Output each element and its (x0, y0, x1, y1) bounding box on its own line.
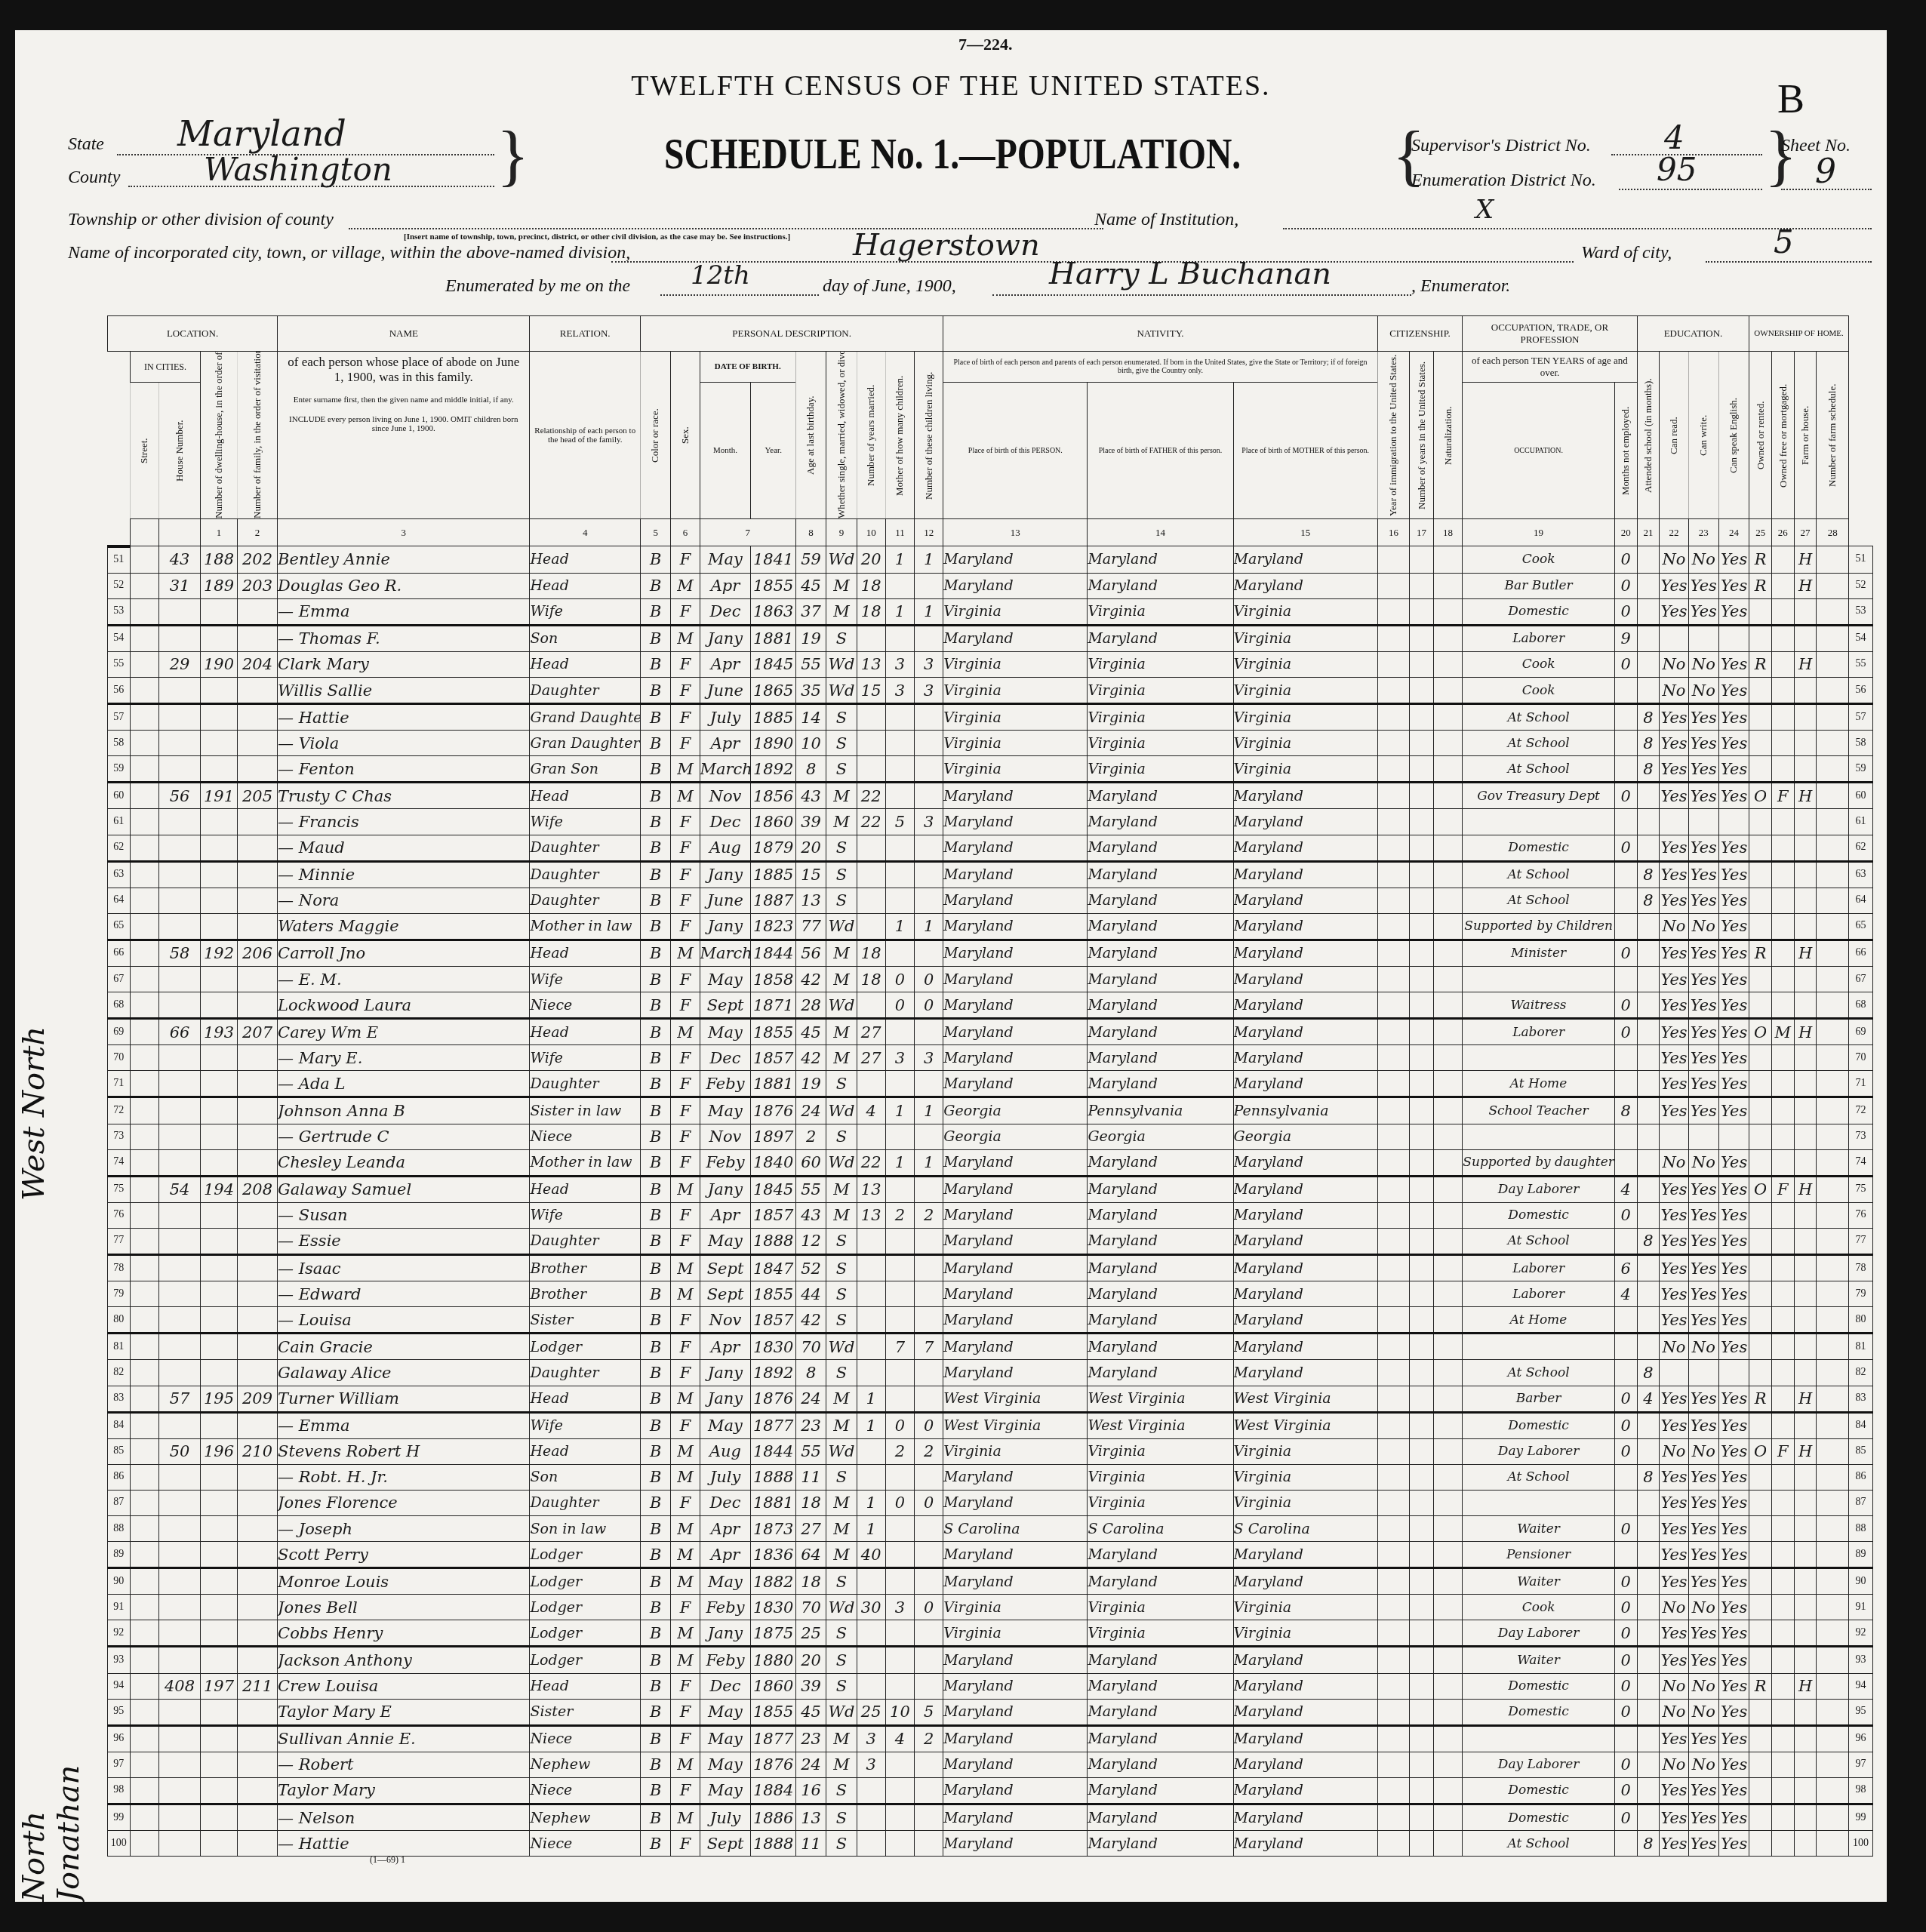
immigration-year (1377, 835, 1409, 861)
years-in-us (1410, 1490, 1434, 1515)
naturalization (1434, 1202, 1463, 1228)
marital-status: S (826, 1647, 857, 1673)
farm-house (1794, 992, 1817, 1019)
color: B (640, 1255, 670, 1281)
children-living (915, 1019, 943, 1045)
col-farm-house: Farm or house. (1794, 352, 1817, 519)
mother-of (885, 1019, 914, 1045)
col-number: 24 (1718, 519, 1749, 546)
school-months (1637, 1202, 1660, 1228)
children-living: 3 (915, 651, 943, 677)
farm-house (1794, 809, 1817, 835)
farm-schedule (1817, 888, 1848, 913)
immigration-year (1377, 1647, 1409, 1673)
birth-year: 1892 (751, 756, 795, 783)
children-living: 2 (915, 1438, 943, 1464)
house-number (158, 731, 200, 756)
family-number (237, 1542, 277, 1568)
school-months (1637, 546, 1660, 574)
sex: M (671, 573, 700, 598)
years-in-us (1410, 756, 1434, 783)
mother-of (885, 1228, 914, 1254)
farm-schedule (1817, 1019, 1848, 1045)
marital-status: Wd (826, 1438, 857, 1464)
years-married (857, 861, 885, 888)
can-write: No (1688, 1438, 1718, 1464)
sex: F (671, 1673, 700, 1699)
birthplace-mother: Maryland (1233, 1019, 1377, 1045)
dwelling-number (201, 913, 238, 940)
relation: Gran Son (530, 756, 641, 783)
age: 52 (795, 1255, 826, 1281)
occupation: Supported by daughter (1463, 1149, 1615, 1176)
months-unemployed: 0 (1614, 1438, 1637, 1464)
free-mortgaged (1772, 913, 1795, 940)
mother-of: 4 (885, 1725, 914, 1752)
relation: Head (530, 546, 641, 574)
birthplace-mother: Maryland (1233, 1334, 1377, 1360)
line-number: 68 (108, 992, 131, 1019)
line-number: 82 (108, 1360, 131, 1386)
birthplace-father: Maryland (1088, 888, 1233, 913)
birthplace-mother: Maryland (1233, 835, 1377, 861)
dwelling-number (201, 1124, 238, 1149)
birthplace-father: Maryland (1088, 1673, 1233, 1699)
sex: F (671, 1595, 700, 1620)
months-unemployed (1614, 967, 1637, 992)
family-number: 202 (237, 546, 277, 574)
owned-rented (1749, 1699, 1772, 1725)
immigration-year (1377, 992, 1409, 1019)
birth-year: 1888 (751, 1228, 795, 1254)
line-number: 73 (108, 1124, 131, 1149)
col-number: 27 (1794, 519, 1817, 546)
line-number-right: 82 (1848, 1360, 1872, 1386)
relation: Head (530, 940, 641, 966)
birthplace-father: Pennsylvania (1088, 1097, 1233, 1124)
occupation: At School (1463, 756, 1615, 783)
birthplace-father: Maryland (1088, 1777, 1233, 1804)
farm-schedule (1817, 1647, 1848, 1673)
street-cell (130, 1412, 158, 1438)
col-occupation: OCCUPATION. (1463, 383, 1615, 519)
house-number (158, 598, 200, 625)
line-number: 81 (108, 1334, 131, 1360)
farm-schedule (1817, 1699, 1848, 1725)
table-row: 80— LouisaSisterBFNov185742SMarylandMary… (108, 1307, 1873, 1334)
person-name: Bentley Annie (278, 546, 530, 574)
birth-month: March (700, 756, 751, 783)
marital-status: S (826, 1281, 857, 1307)
dwelling-number (201, 1228, 238, 1254)
months-unemployed: 0 (1614, 992, 1637, 1019)
owned-rented (1749, 1831, 1772, 1857)
can-write: Yes (1688, 1542, 1718, 1568)
farm-house (1794, 913, 1817, 940)
mother-of (885, 1647, 914, 1673)
line-number-right: 100 (1848, 1831, 1872, 1857)
relation: Lodger (530, 1334, 641, 1360)
col-number: 19 (1463, 519, 1615, 546)
years-married (857, 704, 885, 731)
owned-rented (1749, 1124, 1772, 1149)
schedule-title: SCHEDULE No. 1.—POPULATION. (664, 128, 1241, 179)
person-name: — Joseph (278, 1515, 530, 1541)
dwelling-number (201, 1804, 238, 1831)
birthplace-mother: S Carolina (1233, 1515, 1377, 1541)
subgroup-date-of-birth: DATE OF BIRTH. (700, 352, 795, 383)
can-read: Yes (1660, 1804, 1688, 1831)
sex: F (671, 1045, 700, 1071)
birth-month: Jany (700, 1176, 751, 1202)
color: B (640, 598, 670, 625)
years-in-us (1410, 731, 1434, 756)
free-mortgaged (1772, 651, 1795, 677)
immigration-year (1377, 1620, 1409, 1647)
immigration-year (1377, 1542, 1409, 1568)
street-cell (130, 1071, 158, 1097)
can-write: Yes (1688, 1725, 1718, 1752)
naturalization (1434, 1124, 1463, 1149)
can-read (1660, 809, 1688, 835)
person-name: — Minnie (278, 861, 530, 888)
street-cell (130, 1777, 158, 1804)
col-number: 12 (915, 519, 943, 546)
months-unemployed: 9 (1614, 625, 1637, 651)
birth-year: 1856 (751, 783, 795, 809)
color: B (640, 1699, 670, 1725)
birth-year: 1860 (751, 809, 795, 835)
col-write: Can write. (1688, 352, 1718, 519)
dwelling-number (201, 1777, 238, 1804)
col-number: 23 (1688, 519, 1718, 546)
birthplace-person: Virginia (943, 598, 1088, 625)
marital-status: Wd (826, 677, 857, 703)
can-write (1688, 809, 1718, 835)
birthplace-father: Virginia (1088, 1595, 1233, 1620)
birthplace-mother: Virginia (1233, 731, 1377, 756)
birthplace-mother: Maryland (1233, 1831, 1377, 1857)
birthplace-person: Maryland (943, 1568, 1088, 1595)
owned-rented (1749, 1490, 1772, 1515)
birthplace-mother: Maryland (1233, 861, 1377, 888)
family-number (237, 625, 277, 651)
children-living (915, 1228, 943, 1254)
farm-house (1794, 1777, 1817, 1804)
dwelling-number: 195 (201, 1386, 238, 1412)
immigration-year (1377, 1777, 1409, 1804)
farm-house (1794, 704, 1817, 731)
sex: F (671, 1699, 700, 1725)
farm-house: H (1794, 1438, 1817, 1464)
sex: M (671, 1752, 700, 1777)
birth-month: May (700, 1699, 751, 1725)
street-cell (130, 1202, 158, 1228)
can-write: Yes (1688, 967, 1718, 992)
line-number-right: 54 (1848, 625, 1872, 651)
dwelling-number (201, 1202, 238, 1228)
age: 60 (795, 1149, 826, 1176)
sex: F (671, 1097, 700, 1124)
line-number: 71 (108, 1071, 131, 1097)
birthplace-mother: Maryland (1233, 888, 1377, 913)
marital-status: M (826, 1725, 857, 1752)
col-children-living: Number of these children living. (915, 352, 943, 519)
sex: F (671, 888, 700, 913)
group-education: EDUCATION. (1637, 316, 1749, 352)
occupation (1463, 1490, 1615, 1515)
sex: M (671, 756, 700, 783)
free-mortgaged (1772, 546, 1795, 574)
sex: F (671, 967, 700, 992)
dwelling-number (201, 1307, 238, 1334)
can-write: Yes (1688, 1620, 1718, 1647)
owned-rented (1749, 809, 1772, 835)
sex: F (671, 731, 700, 756)
can-read: Yes (1660, 598, 1688, 625)
years-in-us (1410, 704, 1434, 731)
school-months (1637, 1045, 1660, 1071)
relation: Daughter (530, 1360, 641, 1386)
color: B (640, 888, 670, 913)
color: B (640, 809, 670, 835)
naturalization (1434, 598, 1463, 625)
col-number: 3 (278, 519, 530, 546)
naturalization (1434, 677, 1463, 703)
age: 27 (795, 1515, 826, 1541)
col-number: 11 (885, 519, 914, 546)
color: B (640, 1464, 670, 1490)
owned-rented: O (1749, 1019, 1772, 1045)
color: B (640, 1071, 670, 1097)
months-unemployed (1614, 1464, 1637, 1490)
person-name: Jones Florence (278, 1490, 530, 1515)
house-number (158, 1334, 200, 1360)
line-number: 69 (108, 1019, 131, 1045)
can-read: Yes (1660, 756, 1688, 783)
relation: Daughter (530, 1490, 641, 1515)
years-married (857, 1307, 885, 1334)
can-speak-english: Yes (1718, 1202, 1749, 1228)
can-write: No (1688, 546, 1718, 574)
street-cell (130, 1149, 158, 1176)
years-married (857, 1334, 885, 1360)
years-in-us (1410, 1804, 1434, 1831)
mother-of (885, 1124, 914, 1149)
can-speak-english: Yes (1718, 1334, 1749, 1360)
dwelling-number (201, 1568, 238, 1595)
can-write: Yes (1688, 888, 1718, 913)
mother-of: 1 (885, 1097, 914, 1124)
sex: F (671, 1307, 700, 1334)
free-mortgaged: F (1772, 783, 1795, 809)
age: 24 (795, 1097, 826, 1124)
sex: F (671, 1725, 700, 1752)
house-number: 408 (158, 1673, 200, 1699)
naturalization (1434, 1307, 1463, 1334)
relation: Daughter (530, 888, 641, 913)
months-unemployed (1614, 1124, 1637, 1149)
line-number-right: 57 (1848, 704, 1872, 731)
birth-year: 1885 (751, 861, 795, 888)
farm-house (1794, 1490, 1817, 1515)
line-number: 55 (108, 651, 131, 677)
can-read: Yes (1660, 1386, 1688, 1412)
house-number (158, 1281, 200, 1307)
occupation: Cook (1463, 677, 1615, 703)
dwelling-number (201, 1097, 238, 1124)
house-number: 29 (158, 651, 200, 677)
table-row: 5143188202Bentley AnnieHeadBFMay184159Wd… (108, 546, 1873, 574)
person-name: Taylor Mary E (278, 1699, 530, 1725)
line-number-right: 73 (1848, 1124, 1872, 1149)
can-read: Yes (1660, 1490, 1688, 1515)
person-name: Trusty C Chas (278, 783, 530, 809)
farm-house (1794, 1255, 1817, 1281)
can-read: Yes (1660, 1831, 1688, 1857)
birth-month: May (700, 1412, 751, 1438)
birthplace-father: Virginia (1088, 1620, 1233, 1647)
can-speak-english: Yes (1718, 1831, 1749, 1857)
nativity-description: Place of birth of each person and parent… (943, 352, 1377, 383)
can-speak-english: Yes (1718, 704, 1749, 731)
person-name: Lockwood Laura (278, 992, 530, 1019)
family-number: 205 (237, 783, 277, 809)
line-number-right: 66 (1848, 940, 1872, 966)
house-number (158, 1620, 200, 1647)
can-write: Yes (1688, 1831, 1718, 1857)
line-number-right: 52 (1848, 573, 1872, 598)
family-number (237, 1360, 277, 1386)
sex: F (671, 1124, 700, 1149)
marital-status: S (826, 1464, 857, 1490)
mother-of: 3 (885, 677, 914, 703)
family-number (237, 1255, 277, 1281)
color: B (640, 677, 670, 703)
mother-of (885, 1752, 914, 1777)
free-mortgaged (1772, 1360, 1795, 1386)
farm-schedule (1817, 1281, 1848, 1307)
birthplace-mother: Maryland (1233, 967, 1377, 992)
color: B (640, 861, 670, 888)
street-cell (130, 1647, 158, 1673)
school-months (1637, 1097, 1660, 1124)
col-number: 6 (671, 519, 700, 546)
dwelling-number (201, 1752, 238, 1777)
mother-of: 1 (885, 598, 914, 625)
occupation: At Home (1463, 1307, 1615, 1334)
years-married: 22 (857, 809, 885, 835)
months-unemployed: 6 (1614, 1255, 1637, 1281)
family-number (237, 809, 277, 835)
occupation-description: of each person TEN YEARS of age and over… (1463, 352, 1637, 383)
free-mortgaged (1772, 1490, 1795, 1515)
months-unemployed: 0 (1614, 1412, 1637, 1438)
can-read: Yes (1660, 1412, 1688, 1438)
farm-schedule (1817, 1307, 1848, 1334)
table-row: 72Johnson Anna BSister in lawBFMay187624… (108, 1097, 1873, 1124)
family-number (237, 1804, 277, 1831)
occupation (1463, 1334, 1615, 1360)
birthplace-mother: Virginia (1233, 756, 1377, 783)
person-name: — Ada L (278, 1071, 530, 1097)
years-married (857, 625, 885, 651)
line-number: 94 (108, 1673, 131, 1699)
table-row: 62— MaudDaughterBFAug187920SMarylandMary… (108, 835, 1873, 861)
free-mortgaged (1772, 861, 1795, 888)
farm-schedule (1817, 1071, 1848, 1097)
street-cell (130, 625, 158, 651)
marital-status: M (826, 1490, 857, 1515)
mother-of: 0 (885, 967, 914, 992)
table-row: 5529190204Clark MaryHeadBFApr184555Wd133… (108, 651, 1873, 677)
birthplace-father: Maryland (1088, 1228, 1233, 1254)
can-write: Yes (1688, 1071, 1718, 1097)
birth-month: May (700, 1777, 751, 1804)
can-write: Yes (1688, 940, 1718, 966)
table-row: 57— HattieGrand DaughterBFJuly188514SVir… (108, 704, 1873, 731)
line-number-right: 94 (1848, 1673, 1872, 1699)
street-cell (130, 1542, 158, 1568)
immigration-year (1377, 1725, 1409, 1752)
birthplace-father: Virginia (1088, 704, 1233, 731)
months-unemployed (1614, 888, 1637, 913)
relation: Son (530, 625, 641, 651)
table-row: 87Jones FlorenceDaughterBFDec188118M100M… (108, 1490, 1873, 1515)
relation: Niece (530, 1725, 641, 1752)
birthplace-mother: Maryland (1233, 913, 1377, 940)
birthplace-mother: Maryland (1233, 1673, 1377, 1699)
color: B (640, 783, 670, 809)
family-number (237, 1281, 277, 1307)
line-number: 89 (108, 1542, 131, 1568)
birth-month: Jany (700, 861, 751, 888)
birth-month: Jany (700, 1360, 751, 1386)
can-write: Yes (1688, 1412, 1718, 1438)
family-number (237, 1568, 277, 1595)
farm-schedule (1817, 756, 1848, 783)
col-number: 18 (1434, 519, 1463, 546)
farm-schedule (1817, 1673, 1848, 1699)
immigration-year (1377, 1464, 1409, 1490)
years-in-us (1410, 651, 1434, 677)
age: 37 (795, 598, 826, 625)
house-number (158, 1804, 200, 1831)
children-living: 3 (915, 1045, 943, 1071)
farm-house: H (1794, 940, 1817, 966)
table-row: 96Sullivan Annie E.NieceBFMay187723M342M… (108, 1725, 1873, 1752)
years-in-us (1410, 1464, 1434, 1490)
table-row: 79— EdwardBrotherBMSept185544SMarylandMa… (108, 1281, 1873, 1307)
line-number: 85 (108, 1438, 131, 1464)
immigration-year (1377, 861, 1409, 888)
line-number-right: 56 (1848, 677, 1872, 703)
marital-status: S (826, 704, 857, 731)
owned-rented (1749, 1360, 1772, 1386)
relation: Daughter (530, 1071, 641, 1097)
street-cell (130, 1228, 158, 1254)
birthplace-mother: Maryland (1233, 1725, 1377, 1752)
birth-year: 1886 (751, 1804, 795, 1831)
months-unemployed (1614, 861, 1637, 888)
can-write: Yes (1688, 992, 1718, 1019)
free-mortgaged (1772, 1515, 1795, 1541)
color: B (640, 1777, 670, 1804)
months-unemployed (1614, 1490, 1637, 1515)
free-mortgaged (1772, 1228, 1795, 1254)
family-number (237, 704, 277, 731)
line-number: 84 (108, 1412, 131, 1438)
